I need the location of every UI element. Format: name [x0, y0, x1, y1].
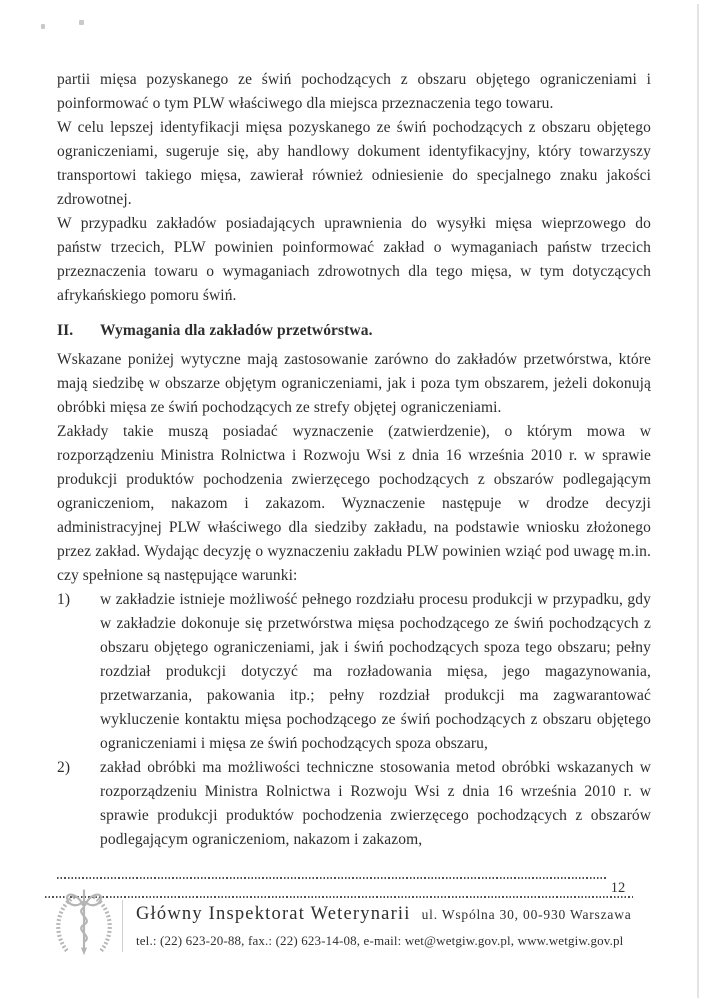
organization-address: ul. Wspólna 30, 00-930 Warszawa: [422, 907, 632, 922]
section-heading: II. Wymagania dla zakładów przetwórstwa.: [57, 319, 651, 343]
list-item: 1) w zakładzie istnieje możliwość pełneg…: [57, 588, 651, 756]
section-number: II.: [57, 319, 100, 343]
contact-line: tel.: (22) 623-20-88, fax.: (22) 623-14-…: [136, 933, 696, 949]
body-paragraph: W przypadku zakładów posiadających upraw…: [57, 212, 651, 308]
list-item: 2) zakład obróbki ma możliwości technicz…: [57, 756, 651, 852]
page-content: partii mięsa pozyskanego ze świń pochodz…: [57, 68, 651, 852]
body-paragraph: W celu lepszej identyfikacji mięsa pozys…: [57, 116, 651, 212]
footer-divider: [122, 900, 123, 952]
list-item-text: w zakładzie istnieje możliwość pełnego r…: [100, 588, 651, 756]
veterinary-caduceus-icon: [46, 886, 122, 958]
document-page: partii mięsa pozyskanego ze świń pochodz…: [0, 0, 707, 1000]
footer-org-line: Główny Inspektorat Weterynarii ul. Wspól…: [136, 904, 696, 925]
scan-edge-line: [697, 4, 699, 998]
list-item-number: 1): [57, 588, 100, 756]
body-paragraph: Zakłady takie muszą posiadać wyznaczenie…: [57, 420, 651, 588]
list-item-text: zakład obróbki ma możliwości techniczne …: [100, 756, 651, 852]
page-number: 12: [600, 880, 636, 897]
list-item-number: 2): [57, 756, 100, 852]
organization-name: Główny Inspektorat Weterynarii: [136, 904, 411, 924]
scan-artifact-speck: [79, 20, 84, 25]
dotted-rule-top: [57, 877, 608, 879]
scan-artifact-speck: [41, 24, 45, 29]
body-paragraph: partii mięsa pozyskanego ze świń pochodz…: [57, 68, 651, 116]
body-paragraph: Wskazane poniżej wytyczne mają zastosowa…: [57, 348, 651, 420]
section-title: Wymagania dla zakładów przetwórstwa.: [100, 319, 373, 343]
dotted-rule-bottom: [45, 896, 633, 898]
